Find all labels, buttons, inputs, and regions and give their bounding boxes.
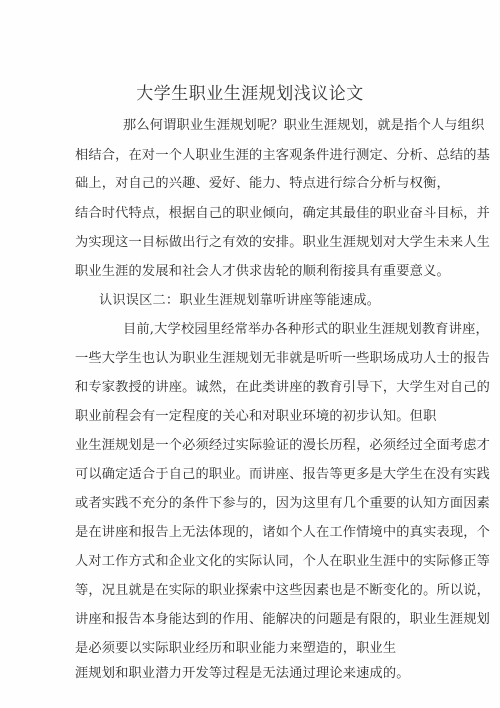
paragraph-line: 职业生涯的发展和社会人才供求齿轮的顺利衔接具有重要意义。 xyxy=(75,260,450,279)
paragraph-line: 础上，对自己的兴趣、爱好、能力、特点进行综合分析与权衡， xyxy=(75,172,450,191)
paragraph-line: 结合时代特点，根据自己的职业倾向，确定其最佳的职业奋斗目标，并 xyxy=(75,202,490,221)
paragraph-line: 相结合，在对一个人职业生涯的主客观条件进行测定、分析、总结的基 xyxy=(75,144,490,163)
paragraph-line: 认识误区二：职业生涯规划靠听讲座等能速成。 xyxy=(99,289,380,308)
paragraph-line: 或者实践不充分的条件下参与的，因为这里有几个重要的认知方面因素 xyxy=(75,492,490,511)
paragraph-line: 目前,大学校园里经常举办各种形式的职业生涯规划教育讲座， xyxy=(123,318,489,337)
paragraph-line: 和专家教授的讲座。诚然，在此类讲座的教育引导下，大学生对自己的 xyxy=(75,376,490,395)
paragraph-line: 为实现这一目标做出行之有效的安排。职业生涯规划对大学生未来人生 xyxy=(75,231,490,250)
paragraph-line: 等，况且就是在实际的职业探索中这些因素也是不断变化的。所以说， xyxy=(75,579,490,598)
paragraph-line: 涯规划和职业潜力开发等过程是无法通过理论来速成的。 xyxy=(75,662,410,681)
paragraph-line: 人对工作方式和企业文化的实际认同，个人在职业生涯中的实际修正等 xyxy=(75,550,490,569)
paragraph-line: 是必须要以实际职业经历和职业能力来塑造的，职业生 xyxy=(75,637,396,656)
paragraph-line: 讲座和报告本身能达到的作用、能解决的问题是有限的，职业生涯规划 xyxy=(75,608,490,627)
paragraph-line: 一些大学生也认为职业生涯规划无非就是听听一些职场成功人士的报告 xyxy=(75,347,490,366)
paragraph-line: 是在讲座和报告上无法体现的，诸如个人在工作情境中的真实表现，个 xyxy=(75,521,490,540)
paragraph-line: 那么何谓职业生涯规划呢？职业生涯规划，就是指个人与组织 xyxy=(123,114,484,133)
paragraph-line: 职业前程会有一定程度的关心和对职业环境的初步认知。但职 xyxy=(75,405,436,424)
document-page: 大学生职业生涯规划浅议论文 那么何谓职业生涯规划呢？职业生涯规划，就是指个人与组… xyxy=(0,0,500,708)
paragraph-line: 业生涯规划是一个必须经过实际验证的漫长历程，必须经过全面考虑才 xyxy=(75,434,490,453)
document-title: 大学生职业生涯规划浅议论文 xyxy=(0,79,500,104)
paragraph-line: 可以确定适合于自己的职业。而讲座、报告等更多是大学生在没有实践 xyxy=(75,463,490,482)
